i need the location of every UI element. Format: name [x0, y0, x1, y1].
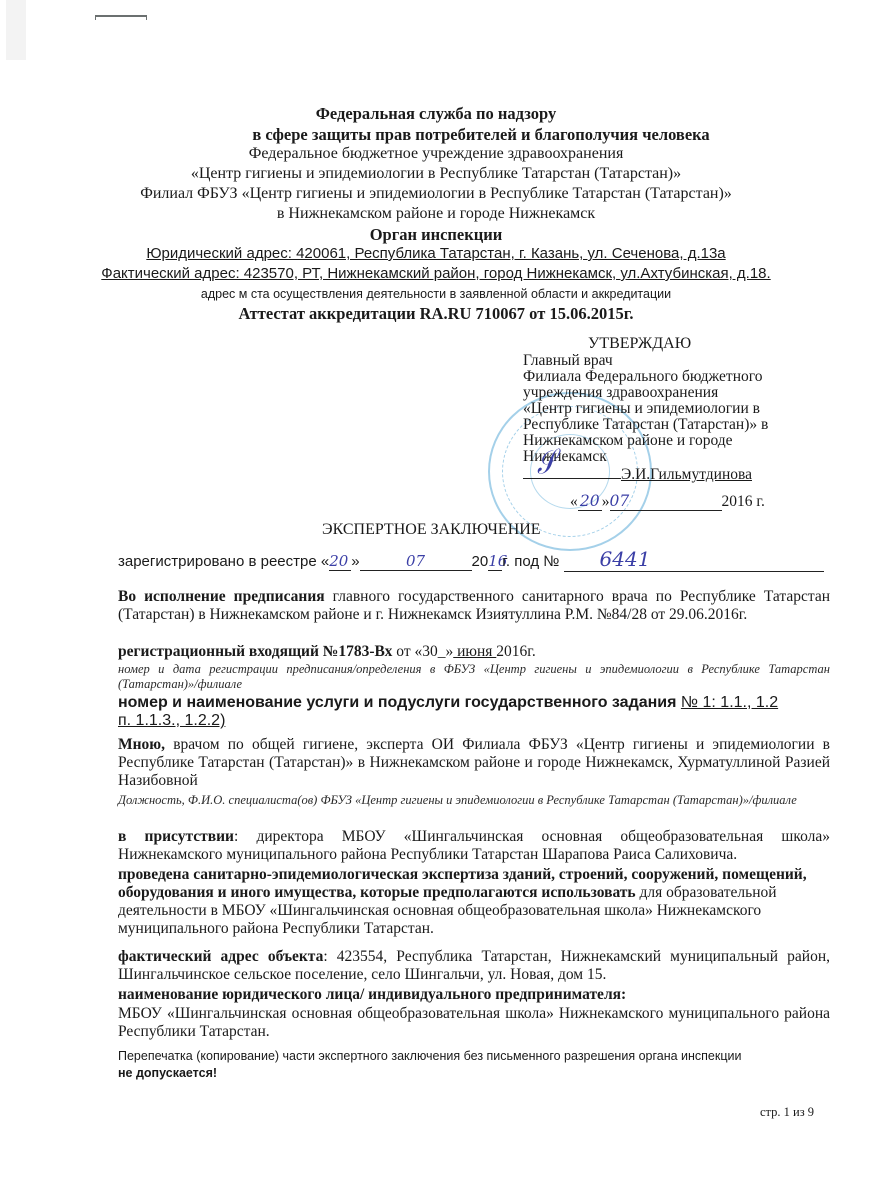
approval-date: «20»072016 г.	[570, 493, 765, 511]
service-subitems: п. 1.1.3., 1.2.2)	[118, 712, 225, 729]
entity-name: МБОУ «Шингальчинская основная общеобразо…	[118, 1005, 830, 1041]
specialist-paragraph: Мною, врачом по общей гигиене, эксперта …	[118, 736, 830, 790]
service-paragraph: номер и наименование услуги и подуслуги …	[118, 694, 830, 730]
specialist-text: врачом по общей гигиене, эксперта ОИ Фил…	[118, 736, 830, 789]
approval-day: 20	[578, 493, 602, 511]
approval-year: 2016 г.	[722, 493, 765, 510]
object-address-paragraph: фактический адрес объекта: 423554, Респу…	[118, 948, 830, 984]
service-number: № 1: 1.1., 1.2	[681, 694, 778, 711]
copy-notice-emphasis: не допускается!	[118, 1066, 217, 1080]
object-address-label: фактический адрес объекта	[118, 948, 323, 965]
registry-day: 20	[329, 552, 351, 571]
registry-label: зарегистрировано в реестре «	[118, 553, 329, 570]
scan-edge	[6, 0, 26, 60]
legal-address: Юридический адрес: 420061, Республика Та…	[0, 245, 872, 262]
entity-label: наименование юридического лица/ индивиду…	[118, 986, 830, 1004]
approval-month: 07	[610, 493, 722, 511]
registry-number-label: г. под №	[502, 553, 559, 570]
approval-title: УТВЕРЖДАЮ	[588, 336, 691, 353]
date-quote-close: »	[602, 493, 610, 510]
actual-address: Фактический адрес: 423570, РТ, Нижнекамс…	[0, 265, 872, 282]
presence-label: в присутствии	[118, 828, 234, 845]
registry-quote-close: »	[351, 553, 359, 570]
accreditation-certificate: Аттестат аккредитации RA.RU 710067 от 15…	[0, 304, 872, 324]
registry-number: 6441	[564, 547, 824, 572]
header-organ: Орган инспекции	[0, 225, 872, 245]
page-number: стр. 1 из 9	[760, 1105, 814, 1120]
registration-note: номер и дата регистрации предписания/опр…	[118, 662, 830, 692]
registration-date-year: 2016г.	[496, 643, 535, 660]
date-quote-open: «	[570, 493, 578, 510]
signatory-name: Э.И.Гильмутдинова	[621, 466, 752, 483]
header-branch: Филиал ФБУЗ «Центр гигиены и эпидемиолог…	[0, 185, 872, 203]
header-branch-location: в Нижнекамском районе и городе Нижнекамс…	[0, 205, 872, 223]
registration-date-month: июня	[453, 643, 496, 660]
address-note: адрес м ста осуществления деятельности в…	[0, 287, 872, 301]
registry-year-suffix: 16	[488, 552, 502, 571]
registration-date-day: от «30_»	[392, 643, 453, 660]
presence-paragraph: в присутствии: директора МБОУ «Шингальчи…	[118, 828, 830, 864]
specialist-label: Мною,	[118, 736, 165, 753]
document-title: ЭКСПЕРТНОЕ ЗАКЛЮЧЕНИЕ	[322, 521, 541, 539]
header-institution: Федеральное бюджетное учреждение здравоо…	[0, 145, 872, 163]
registration-line: регистрационный входящий №1783-Вх от «30…	[118, 643, 830, 661]
service-label: номер и наименование услуги и подуслуги …	[118, 694, 681, 711]
registration-label: регистрационный входящий №1783-Вх	[118, 643, 392, 660]
staple-mark	[95, 15, 147, 20]
prescription-paragraph: Во исполнение предписания главного госуд…	[118, 588, 830, 624]
specialist-note: Должность, Ф.И.О. специалиста(ов) ФБУЗ «…	[118, 793, 830, 808]
copy-notice: Перепечатка (копирование) части экспертн…	[118, 1049, 741, 1063]
document-page: Федеральная служба по надзору в сфере за…	[0, 0, 872, 1200]
registry-line: зарегистрировано в реестре «20»072016г. …	[118, 547, 830, 572]
header-agency-line2: в сфере защиты прав потребителей и благо…	[0, 125, 872, 145]
expertise-paragraph: проведена санитарно-эпидемиологическая э…	[118, 866, 830, 938]
prescription-label: Во исполнение предписания	[118, 588, 325, 605]
registry-month: 07	[360, 552, 472, 571]
header-center-name: «Центр гигиены и эпидемиологии в Республ…	[0, 165, 872, 183]
header-agency-line1: Федеральная служба по надзору	[0, 104, 872, 124]
registry-year-prefix: 20	[472, 553, 489, 570]
